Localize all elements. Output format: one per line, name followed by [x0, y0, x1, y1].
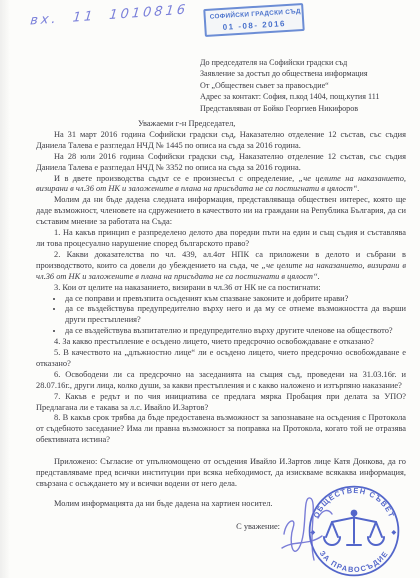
- recipient-line: Представляван от Бойко Георгиев Никифоро…: [200, 103, 412, 114]
- recipient-line: От „Обществен съвет за правосъдие“: [200, 80, 412, 91]
- letter-body: Уважаеми г-н Председател, На 31 март 201…: [36, 119, 406, 533]
- recipient-address-block: До председателя на Софийски градски съд …: [200, 57, 412, 114]
- bullet-list: да се поправи и превъзпита осъденият към…: [36, 294, 406, 338]
- question-2: 2. Какви доказателства по чл. 439, ал.4о…: [36, 250, 406, 283]
- signature-scribble: [278, 488, 338, 566]
- court-date-stamp: СОФИЙСКИ ГРАДСКИ СЪД 01 -08- 2016: [203, 3, 305, 37]
- question-3: 3. Кои от целите на наказанието, визиран…: [36, 283, 406, 294]
- para-request-intro: Молим да ни бъде дадена следната информа…: [36, 195, 406, 228]
- question-8: 8. В какъв срок трябва да бъде предостав…: [36, 413, 406, 446]
- question-7: 7. Какъв е редът и по чия инициатива се …: [36, 392, 406, 414]
- question-6: 6. Освободени ли са предсрочно на заседа…: [36, 370, 406, 392]
- recipient-line: До председателя на Софийски градски съд: [200, 57, 412, 68]
- question-5: 5. В качеството на „длъжностно лице“ ли …: [36, 348, 406, 370]
- question-1: 1. На какъв принцип е разпределено делот…: [36, 228, 406, 250]
- para-ruling: И в двете производства съдът се е произн…: [36, 174, 406, 196]
- diamond-separator-right: ◆: [391, 529, 397, 536]
- recipient-line: Адрес за контакт: София, п.код 1404, пощ…: [200, 91, 412, 102]
- para-case-1: На 31 март 2016 година Софийски градски …: [36, 130, 406, 152]
- question-4: 4. За какво престъпление е осъдено лицет…: [36, 337, 406, 348]
- handwritten-registration-note: вх. 11 1010816: [29, 2, 188, 28]
- document-page: вх. 11 1010816 СОФИЙСКИ ГРАДСКИ СЪД 01 -…: [0, 0, 420, 578]
- list-item: да се въздействува предупредително върху…: [64, 304, 406, 326]
- para-ruling-text: И в двете производства съдът се е произн…: [54, 174, 299, 183]
- salutation: Уважаеми г-н Председател,: [36, 119, 406, 130]
- list-item: да се поправи и превъзпита осъденият към…: [64, 294, 406, 305]
- recipient-line: Заявление за достъп до обществена информ…: [200, 68, 412, 79]
- para-case-2: На 28 юли 2016 година Софийски градски с…: [36, 152, 406, 174]
- list-item: да се въздействува възпитателно и предуп…: [64, 326, 406, 337]
- stamp-date: 01 -08- 2016: [210, 18, 298, 32]
